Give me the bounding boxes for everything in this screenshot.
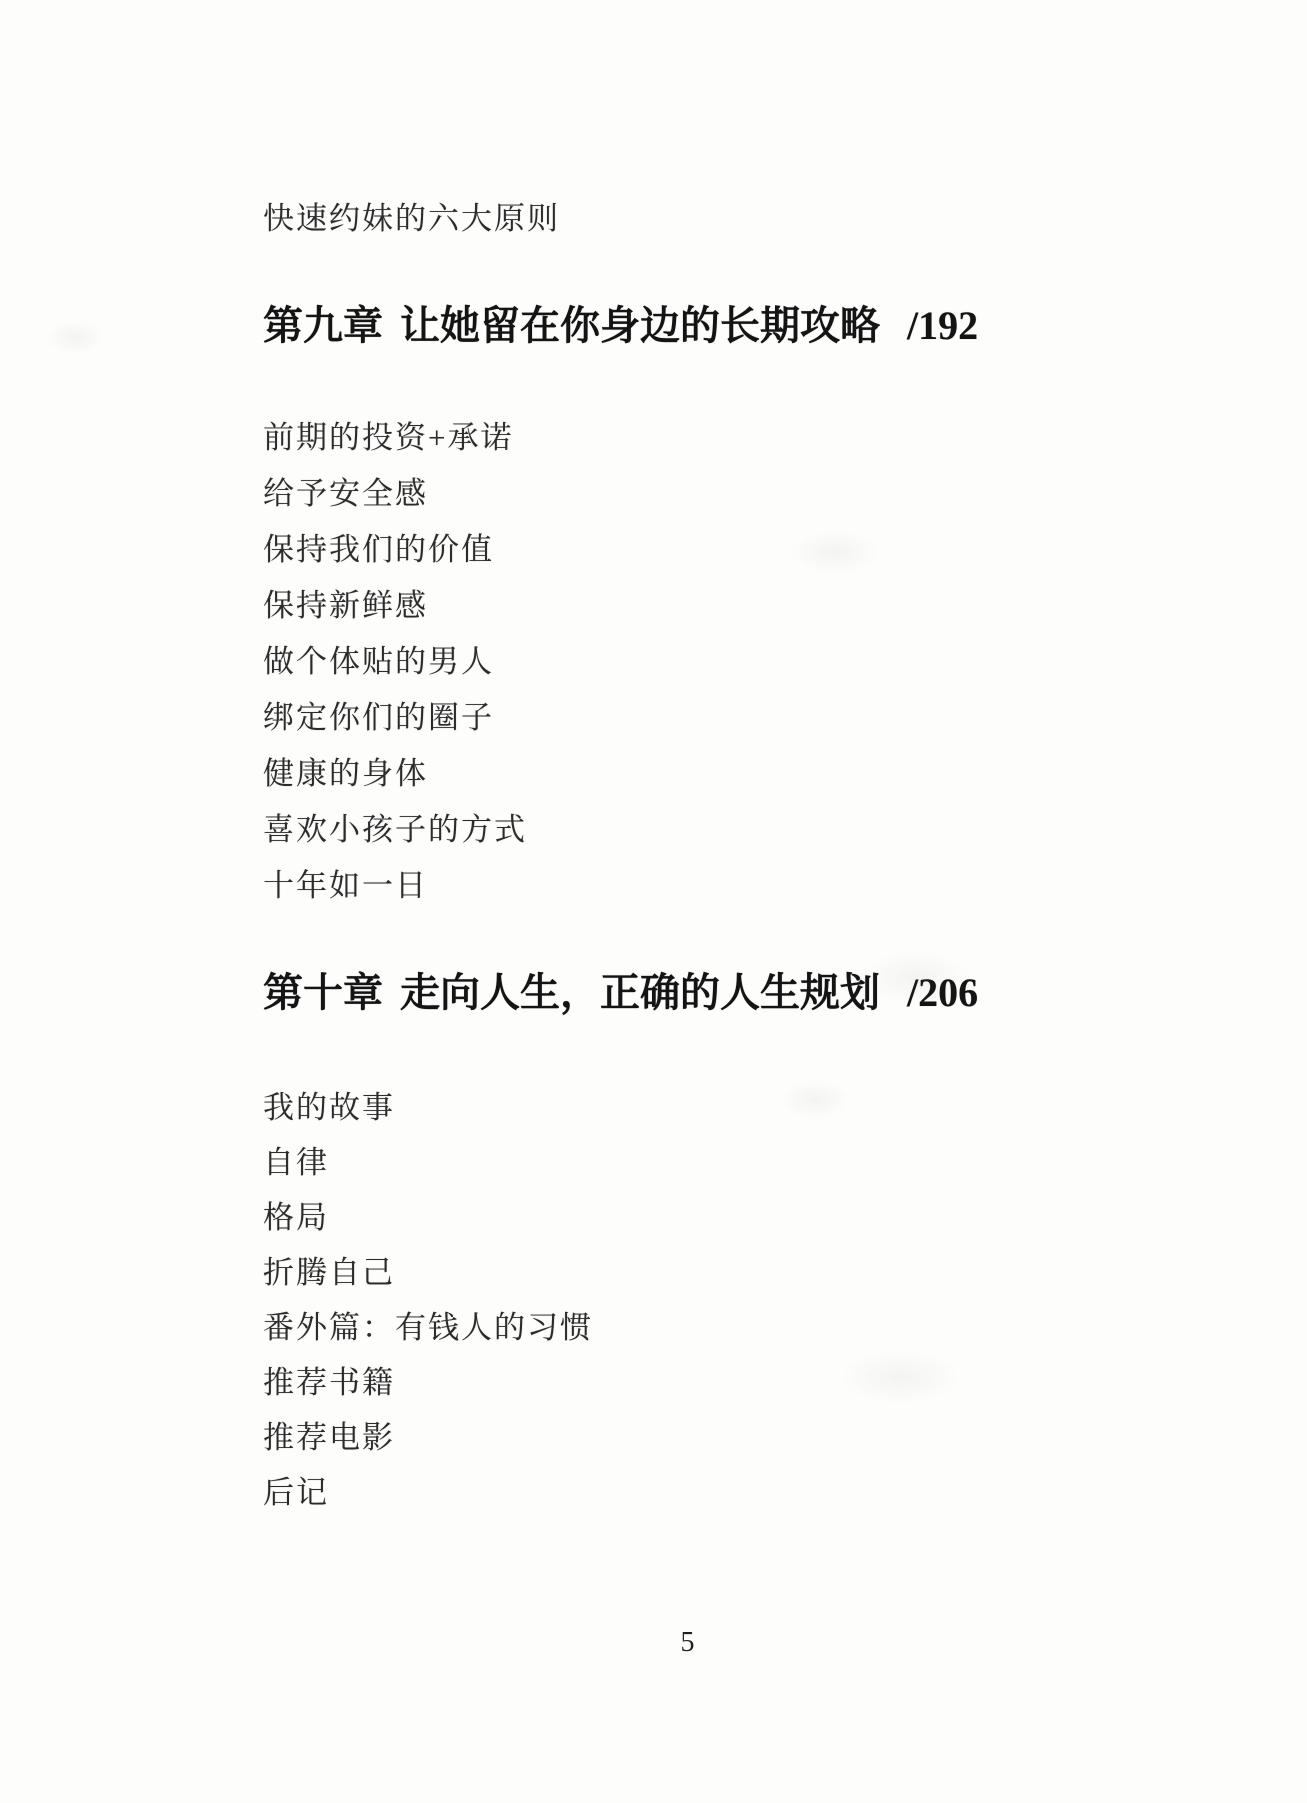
chapter-9-page-ref: /192 — [907, 303, 978, 348]
toc-item: 健康的身体 — [263, 746, 1307, 802]
book-toc-page: 快速约妹的六大原则 第九章让她留在你身边的长期攻略/192 前期的投资+承诺 给… — [0, 0, 1307, 1803]
chapter-10-heading: 第十章走向人生，正确的人生规划/206 — [263, 973, 1307, 1013]
toc-item: 绑定你们的圈子 — [263, 690, 1307, 746]
toc-item: 番外篇：有钱人的习惯 — [263, 1300, 1307, 1355]
toc-item-intro: 快速约妹的六大原则 — [263, 203, 1307, 235]
chapter-9-label: 第九章 — [263, 303, 383, 348]
toc-item: 折腾自己 — [263, 1245, 1307, 1300]
toc-item: 推荐电影 — [263, 1410, 1307, 1465]
toc-item: 喜欢小孩子的方式 — [263, 802, 1307, 858]
toc-item: 做个体贴的男人 — [263, 634, 1307, 690]
chapter-9-item-list: 前期的投资+承诺 给予安全感 保持我们的价值 保持新鲜感 做个体贴的男人 绑定你… — [263, 410, 1307, 914]
toc-item: 保持我们的价值 — [263, 522, 1307, 578]
chapter-10-page-ref: /206 — [907, 970, 978, 1015]
toc-item: 推荐书籍 — [263, 1355, 1307, 1410]
toc-item: 格局 — [263, 1190, 1307, 1245]
scan-smudge — [45, 320, 105, 355]
chapter-10-title: 走向人生，正确的人生规划 — [400, 970, 880, 1015]
chapter-9-heading: 第九章让她留在你身边的长期攻略/192 — [263, 306, 1307, 346]
toc-item: 自律 — [263, 1135, 1307, 1190]
toc-item: 十年如一日 — [263, 858, 1307, 914]
toc-item: 保持新鲜感 — [263, 578, 1307, 634]
toc-item: 前期的投资+承诺 — [263, 410, 1307, 466]
page-number: 5 — [0, 1628, 1307, 1658]
chapter-10-item-list: 我的故事 自律 格局 折腾自己 番外篇：有钱人的习惯 推荐书籍 推荐电影 后记 — [263, 1080, 1307, 1520]
chapter-10-label: 第十章 — [263, 970, 383, 1015]
chapter-9-title: 让她留在你身边的长期攻略 — [400, 303, 880, 348]
toc-item: 我的故事 — [263, 1080, 1307, 1135]
toc-item: 给予安全感 — [263, 466, 1307, 522]
toc-item: 后记 — [263, 1465, 1307, 1520]
